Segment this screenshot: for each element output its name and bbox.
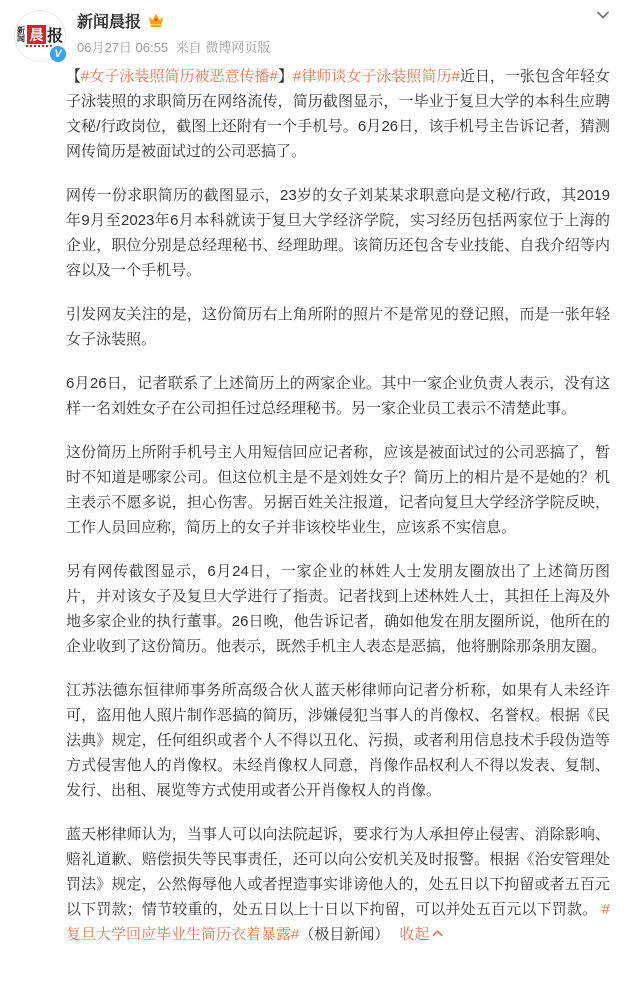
text-segment: （极目新闻） — [299, 926, 389, 943]
paragraph-3: 引发网友关注的是，这份简历右上角所附的照片不是常见的登记照，而是一张年轻女子泳装… — [66, 302, 610, 352]
header-info: 新闻晨报 06月27日 06:55 来自 微博网页版 — [77, 10, 270, 56]
text-segment: 江苏法德东恒律师事务所高级合伙人蓝天彬律师向记者分析称，如果有人未经许可，盗用他… — [66, 682, 610, 799]
text-segment: 这份简历上所附手机号主人用短信回应记者称，应该是被面试过的公司恶搞了，暂时不知道… — [66, 444, 610, 536]
text-segment: 蓝天彬律师认为，当事人可以向法院起诉，要求行为人承担停止侵害、消除影响、赔礼道歉… — [66, 826, 610, 918]
paragraph-1: 【#女子泳装照简历被恶意传播#】#律师谈女子泳装照简历#近日，一张包含年轻女子泳… — [66, 64, 610, 164]
chevron-down-icon[interactable] — [594, 6, 612, 24]
logo-text-right: 报 — [47, 23, 63, 46]
weibo-post-page: 新闻 晨 报 V 新闻晨报 06月27日 06:55 来自 — [0, 0, 626, 989]
username-link[interactable]: 新闻晨报 — [77, 9, 141, 32]
post-body: 【#女子泳装照简历被恶意传播#】#律师谈女子泳装照简历#近日，一张包含年轻女子泳… — [0, 62, 626, 948]
post-source-link[interactable]: 来自 微博网页版 — [176, 40, 271, 55]
post-timestamp: 06月27日 06:55 — [77, 40, 168, 55]
text-segment: 引发网友关注的是，这份简历右上角所附的照片不是常见的登记照，而是一张年轻女子泳装… — [66, 306, 610, 348]
post-meta: 06月27日 06:55 来自 微博网页版 — [77, 37, 270, 56]
text-segment: 】 — [278, 68, 293, 85]
text-segment: 网传一份求职简历的截图显示，23岁的女子刘某某求职意向是文秘/行政，其2019年… — [66, 187, 610, 279]
logo-red-block: 晨 — [27, 25, 46, 44]
hashtag-link[interactable]: #女子泳装照简历被恶意传播# — [81, 68, 278, 85]
paragraph-6: 另有网传截图显示，6月24日，一家企业的林姓人士发朋友圈放出了上述简历图片，并对… — [66, 559, 610, 659]
collapse-post-link[interactable]: 收起 — [399, 926, 444, 943]
post-header: 新闻 晨 报 V 新闻晨报 06月27日 06:55 来自 — [0, 0, 626, 62]
text-segment: 【 — [66, 68, 81, 85]
verified-badge-icon: V — [48, 44, 68, 64]
collapse-label: 收起 — [399, 926, 429, 943]
vip-crown-icon — [147, 12, 165, 28]
newspaper-masthead-logo: 新闻 晨 报 — [15, 23, 65, 46]
hashtag-link[interactable]: #律师谈女子泳装照简历# — [293, 68, 460, 85]
text-segment: 6月26日，记者联系了上述简历上的两家企业。其中一家企业负责人表示，没有这样一名… — [66, 375, 610, 417]
paragraph-7: 江苏法德东恒律师事务所高级合伙人蓝天彬律师向记者分析称，如果有人未经许可，盗用他… — [66, 678, 610, 803]
avatar[interactable]: 新闻 晨 报 V — [14, 10, 66, 62]
paragraph-8: 蓝天彬律师认为，当事人可以向法院起诉，要求行为人承担停止侵害、消除影响、赔礼道歉… — [66, 822, 610, 948]
paragraph-5: 这份简历上所附手机号主人用短信回应记者称，应该是被面试过的公司恶搞了，暂时不知道… — [66, 440, 610, 540]
paragraph-2: 网传一份求职简历的截图显示，23岁的女子刘某某求职意向是文秘/行政，其2019年… — [66, 183, 610, 283]
text-segment: 另有网传截图显示，6月24日，一家企业的林姓人士发朋友圈放出了上述简历图片，并对… — [66, 563, 610, 655]
logo-text-left: 新闻 — [17, 27, 26, 43]
paragraph-4: 6月26日，记者联系了上述简历上的两家企业。其中一家企业负责人表示，没有这样一名… — [66, 371, 610, 421]
chevron-up-icon — [431, 923, 444, 948]
